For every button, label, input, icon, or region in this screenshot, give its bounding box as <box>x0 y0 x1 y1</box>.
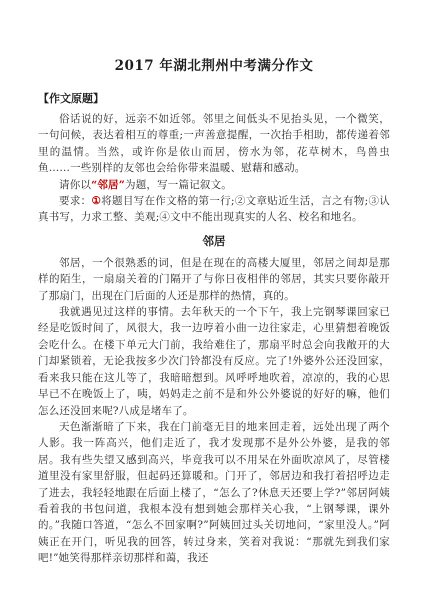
requirement-number-1: ① <box>91 195 101 207</box>
task-topic: “邻居” <box>91 179 125 191</box>
prompt-heading: 【作文原题】 <box>38 90 390 106</box>
task-prefix: 请你以 <box>59 179 91 191</box>
task-suffix: 为题，写一篇记叙文。 <box>125 179 232 191</box>
requirements-line: 要求：①将题目写在作文格的第一行;②文章贴近生活，言之有物;③认真书写，力求工整… <box>38 193 390 226</box>
requirements-label: 要求： <box>59 195 91 207</box>
essay-paragraph: 我就遇见过这样的事情。去年秋天的一个下午，我上完钢琴课回家已经是吃饭时间了，风很… <box>38 304 390 419</box>
prompt-paragraph: 俗话说的好，远亲不如近邻。邻里之间低头不见抬头见，一个微笑，一句问候，表达着相互… <box>38 111 390 177</box>
document-page: 2017 年湖北荆州中考满分作文 【作文原题】 俗话说的好，远亲不如近邻。邻里之… <box>0 0 424 600</box>
essay-title: 邻居 <box>38 233 390 249</box>
task-line: 请你以“邻居”为题，写一篇记叙文。 <box>38 177 390 193</box>
essay-paragraph: 天色渐渐暗了下来，我在门前毫无目的地来回走着，远处出现了两个人影。我一阵高兴，他… <box>38 419 390 567</box>
document-title: 2017 年湖北荆州中考满分作文 <box>38 54 390 74</box>
essay-paragraph: 邻居，一个很熟悉的词，但是在现在的高楼大厦里，邻居之间却是那样的陌生，一扇扇关着… <box>38 255 390 304</box>
